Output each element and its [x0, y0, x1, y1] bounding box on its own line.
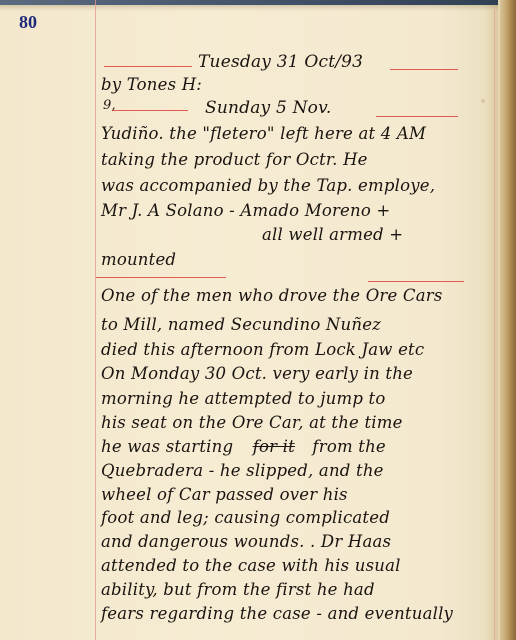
entry-line-group: he was starting for it from the	[101, 437, 386, 456]
entry-line: One of the men who drove the Ore Cars	[101, 286, 443, 305]
heading-rule-right	[390, 69, 458, 70]
entry-line: mounted	[101, 250, 176, 269]
entry-text: from the	[312, 437, 385, 456]
separator-rule-left	[96, 277, 226, 278]
entry-line: foot and leg; causing complicated	[101, 508, 390, 527]
entry-line: and dangerous wounds. . Dr Haas	[101, 532, 391, 551]
struck-text: for it	[253, 437, 295, 456]
heading-rule-left	[112, 110, 188, 111]
separator-rule-right	[368, 281, 464, 282]
entry-line: Mr J. A Solano - Amado Moreno +	[101, 201, 390, 220]
entry-line: by Tones H:	[101, 75, 202, 94]
ledger-page: 80 Tuesday 31 Oct/93 by Tones H: 9, Sund…	[0, 0, 516, 640]
page-shadow	[0, 5, 516, 11]
entry-text: he was starting	[101, 437, 233, 456]
entry-date-heading: Sunday 5 Nov.	[205, 98, 332, 118]
entry-line: On Monday 30 Oct. very early in the	[101, 364, 413, 383]
page-number: 80	[19, 12, 37, 33]
paper-speck	[481, 99, 485, 103]
entry-line: Yudiño. the "fletero" left here at 4 AM	[101, 124, 426, 143]
entry-line: died this afternoon from Lock Jaw etc	[101, 340, 424, 359]
entry-line: was accompanied by the Tap. employe,	[101, 176, 435, 195]
entry-line: ability, but from the first he had	[101, 580, 375, 599]
entry-line: fears regarding the case - and eventuall…	[101, 604, 453, 623]
entry-line: morning he attempted to jump to	[101, 389, 385, 408]
entry-line: his seat on the Ore Car, at the time	[101, 413, 403, 432]
margin-rule	[95, 0, 96, 640]
entry-line: taking the product for Octr. He	[101, 150, 368, 169]
book-spine	[500, 0, 516, 640]
heading-rule-right	[376, 116, 458, 117]
entry-date-heading: Tuesday 31 Oct/93	[198, 52, 363, 72]
heading-rule-left	[104, 66, 192, 67]
entry-line: wheel of Car passed over his	[101, 485, 348, 504]
entry-line: attended to the case with his usual	[101, 556, 401, 575]
entry-line: Quebradera - he slipped, and the	[101, 461, 384, 480]
entry-line: to Mill, named Secundino Nuñez	[101, 315, 381, 334]
entry-line: all well armed +	[262, 225, 403, 244]
right-margin-rule	[494, 10, 495, 640]
